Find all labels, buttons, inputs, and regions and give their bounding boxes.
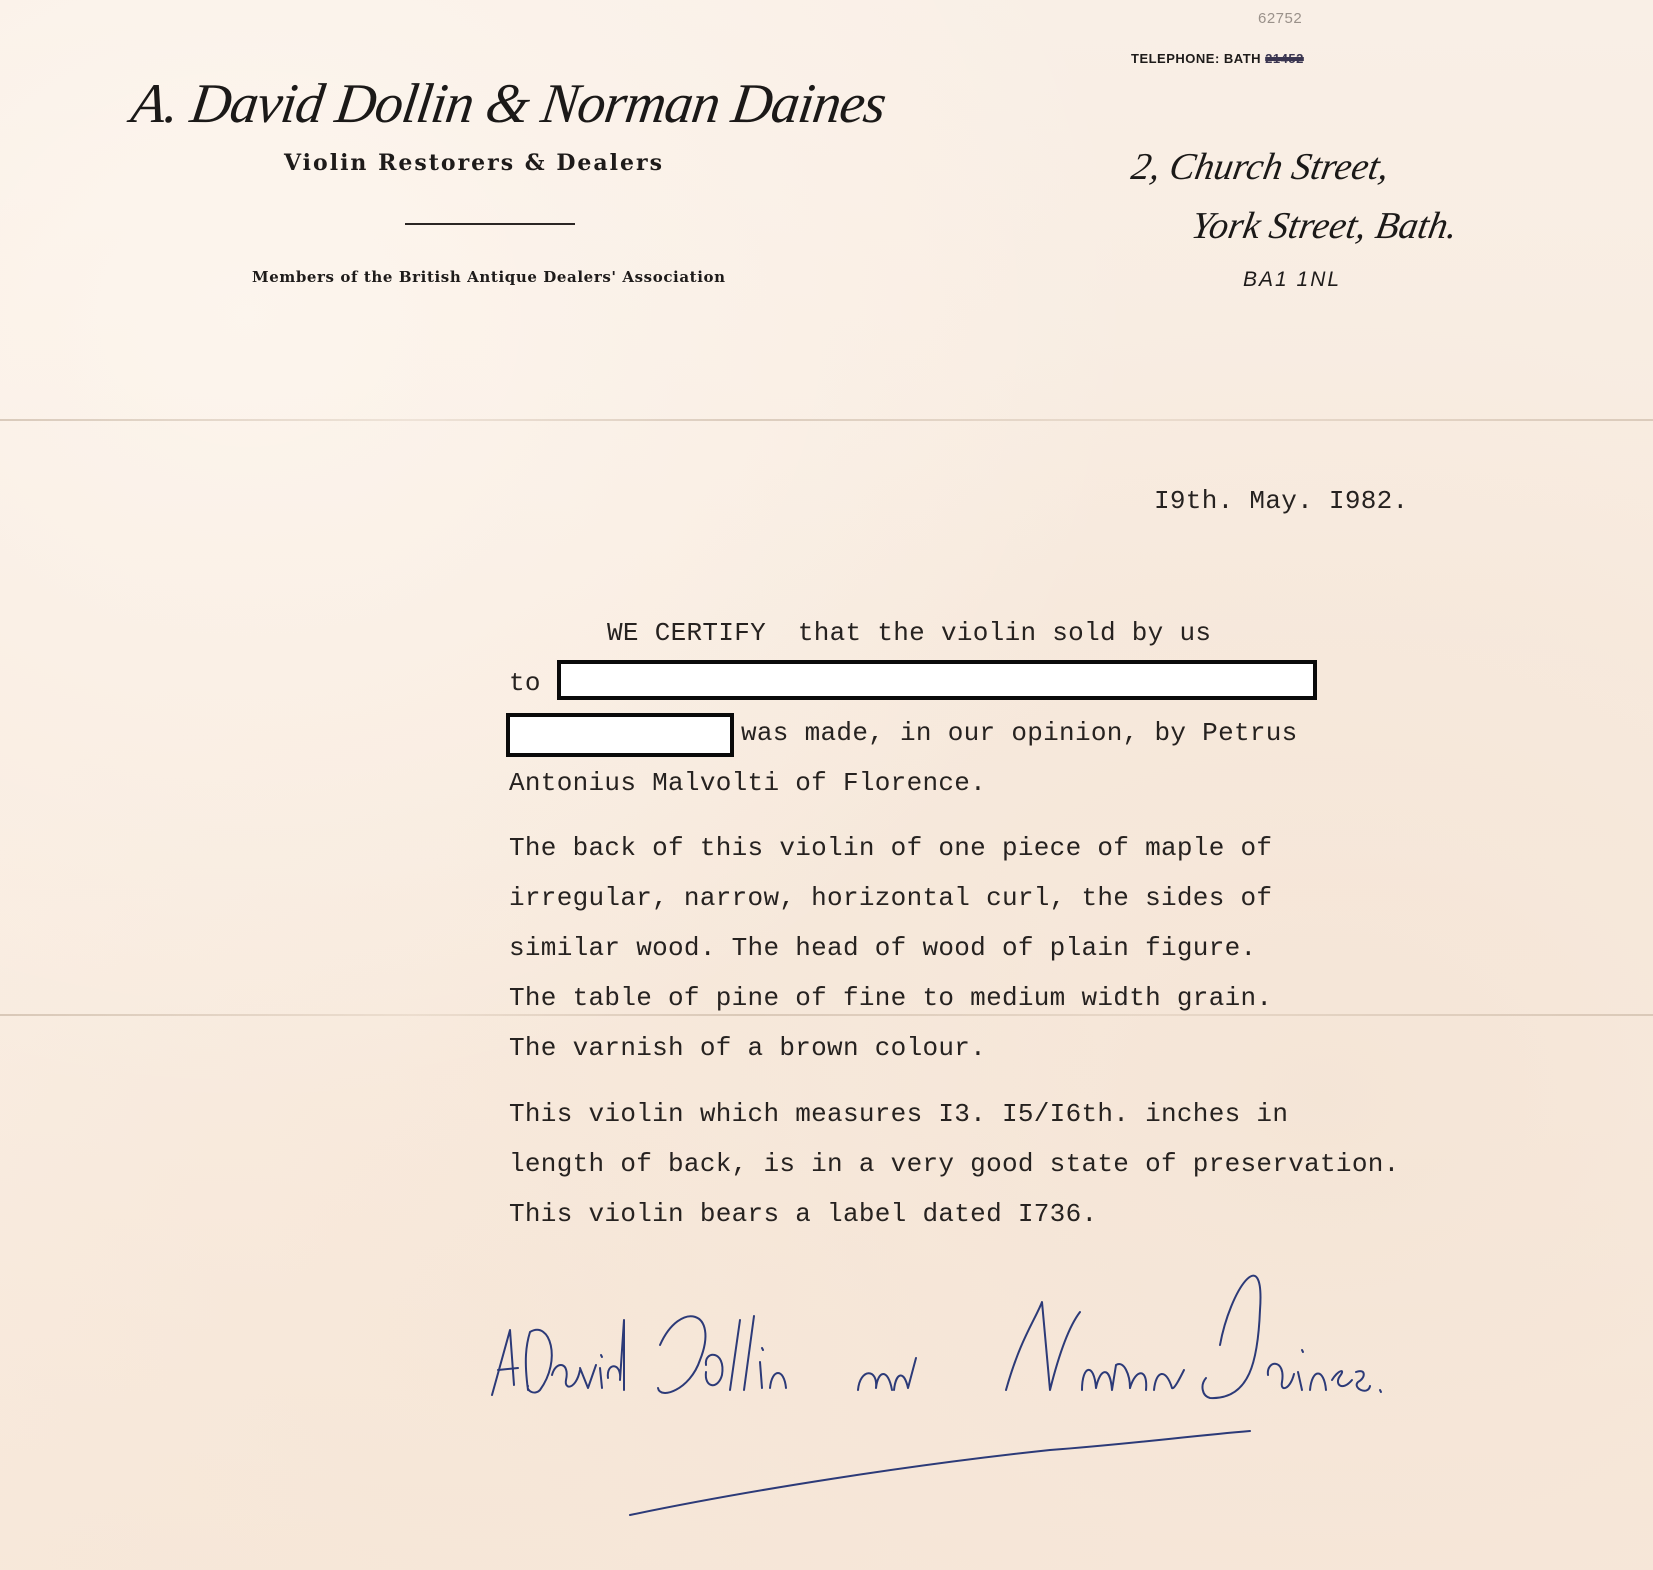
paper-fold-crease-top	[0, 419, 1653, 421]
certificate-line-1: WE CERTIFY that the violin sold by us	[607, 618, 1211, 648]
address-postcode: BA1 1NL	[1243, 268, 1341, 292]
measurement-line-1: This violin which measures I3. I5/I6th. …	[509, 1099, 1288, 1129]
reference-number: 62752	[1258, 10, 1302, 27]
certificate-line-3: was made, in our opinion, by Petrus	[741, 718, 1298, 748]
measurement-line-2: length of back, is in a very good state …	[509, 1149, 1400, 1179]
firm-name: A. David Dollin & Norman Daines	[128, 72, 867, 136]
paper-fold-crease-bottom	[0, 1014, 1653, 1016]
description-line-1: The back of this violin of one piece of …	[509, 833, 1272, 863]
firm-trade: Violin Restorers & Dealers	[284, 150, 664, 176]
description-line-4: The table of pine of fine to medium widt…	[509, 983, 1272, 1013]
telephone-label: TELEPHONE: BATH	[1131, 51, 1261, 66]
redaction-box-recipient-continued	[506, 713, 734, 757]
signature-text: A David Dollin and Norman Daines.	[490, 1250, 505, 1251]
redaction-box-recipient	[557, 660, 1317, 700]
certificate-line-4: Antonius Malvolti of Florence.	[509, 768, 986, 798]
handwritten-signature: A David Dollin and Norman Daines.	[490, 1250, 1530, 1530]
certificate-to-label: to	[509, 668, 541, 698]
description-line-3: similar wood. The head of wood of plain …	[509, 933, 1256, 963]
signature-strokes	[490, 1250, 1530, 1530]
description-line-2: irregular, narrow, horizontal curl, the …	[509, 883, 1272, 913]
measurement-line-3: This violin bears a label dated I736.	[509, 1199, 1097, 1229]
letter-date: I9th. May. I982.	[1154, 486, 1408, 516]
telephone-line: TELEPHONE: BATH 21452	[1131, 51, 1304, 66]
firm-membership: Members of the British Antique Dealers' …	[252, 268, 726, 286]
address-line-1: 2, Church Street,	[1128, 145, 1393, 189]
header-divider	[405, 223, 575, 225]
description-line-5: The varnish of a brown colour.	[509, 1033, 986, 1063]
address-line-2: York Street, Bath.	[1188, 204, 1461, 248]
telephone-number-struck: 21452	[1265, 51, 1304, 66]
